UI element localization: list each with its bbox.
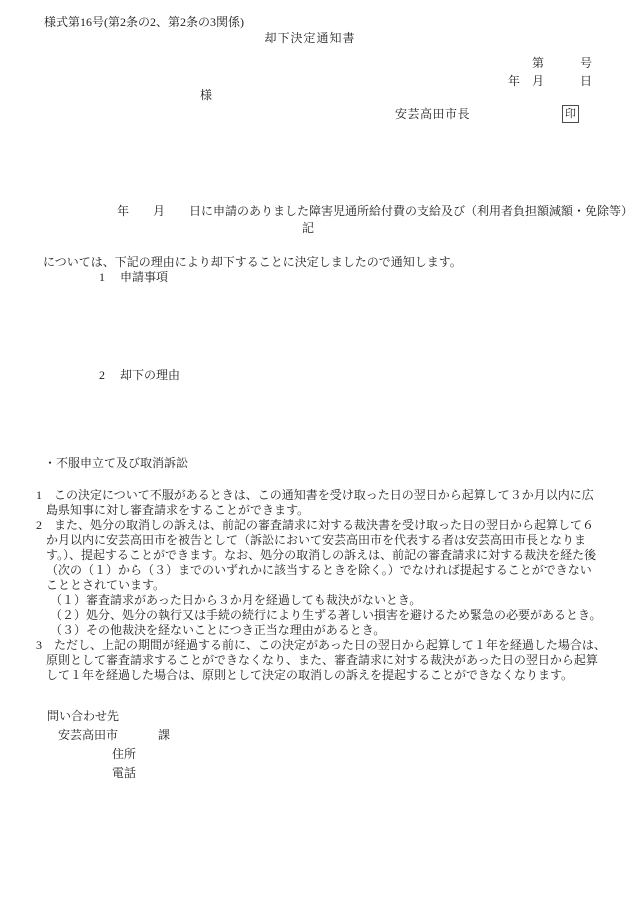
appeal-item-3: 3 ただし、上記の期間が経過する前に、この決定があった日の翌日から起算して１年を… [36,638,606,683]
section-application-items: 1申請事項 [87,253,168,300]
contact-city: 安芸高田市 [58,726,118,745]
body-line-1: 年 月 日に申請のありました障害児通所給付費の支給及び（利用者負担額減額・免除等… [43,203,630,220]
appeal-item-2-text: また、処分の取消しの訴えは、前記の審査請求に対する裁決書を受け取った日の翌日から… [46,518,606,593]
section-2-label: 却下の理由 [105,366,180,383]
appeal-item-1: 1 この決定について不服があるときは、この通知書を受け取った日の翌日から起算して… [36,488,606,518]
contact-heading: 問い合わせ先 [47,707,119,726]
issuer-name: 安芸高田市長 [395,107,470,121]
appeal-item-2: 2 また、処分の取消しの訴えは、前記の審査請求に対する裁決書を受け取った日の翌日… [36,518,606,593]
appeal-heading: ・不服申立て及び取消訴訟 [44,456,188,470]
contact-division-label: 課 [158,726,170,745]
appeal-item-3-number: 3 [36,638,42,653]
document-title: 却下決定通知書 [0,31,620,45]
appeal-list: 1 この決定について不服があるときは、この通知書を受け取った日の翌日から起算して… [36,488,606,683]
addressee-honorific: 様 [200,88,212,102]
section-rejection-reason: 2却下の理由 [87,351,180,398]
document-number-line: 第 号 [532,56,592,70]
appeal-item-1-text: この決定について不服があるときは、この通知書を受け取った日の翌日から起算して３か… [46,488,606,518]
appeal-subitems: （１）審査請求があった日から３か月を経過しても裁決がないとき。（２）処分、処分の… [36,593,606,638]
date-line: 年 月 日 [508,74,592,88]
section-1-label: 申請事項 [105,268,168,285]
contact-address-label: 住所 [112,745,136,764]
appeal-item-2-number: 2 [36,518,42,533]
form-number: 様式第16号(第2条の2、第2条の3関係) [44,15,244,29]
ki-marker: 記 [0,221,616,235]
appeal-item-3-text: ただし、上記の期間が経過する前に、この決定があった日の翌日から起算して１年を経過… [46,638,606,683]
contact-phone-label: 電話 [112,764,136,783]
seal-mark: 印 [562,105,579,123]
document-page: 様式第16号(第2条の2、第2条の3関係) 却下決定通知書 第 号 年 月 日 … [0,0,630,903]
appeal-item-1-number: 1 [36,488,42,503]
